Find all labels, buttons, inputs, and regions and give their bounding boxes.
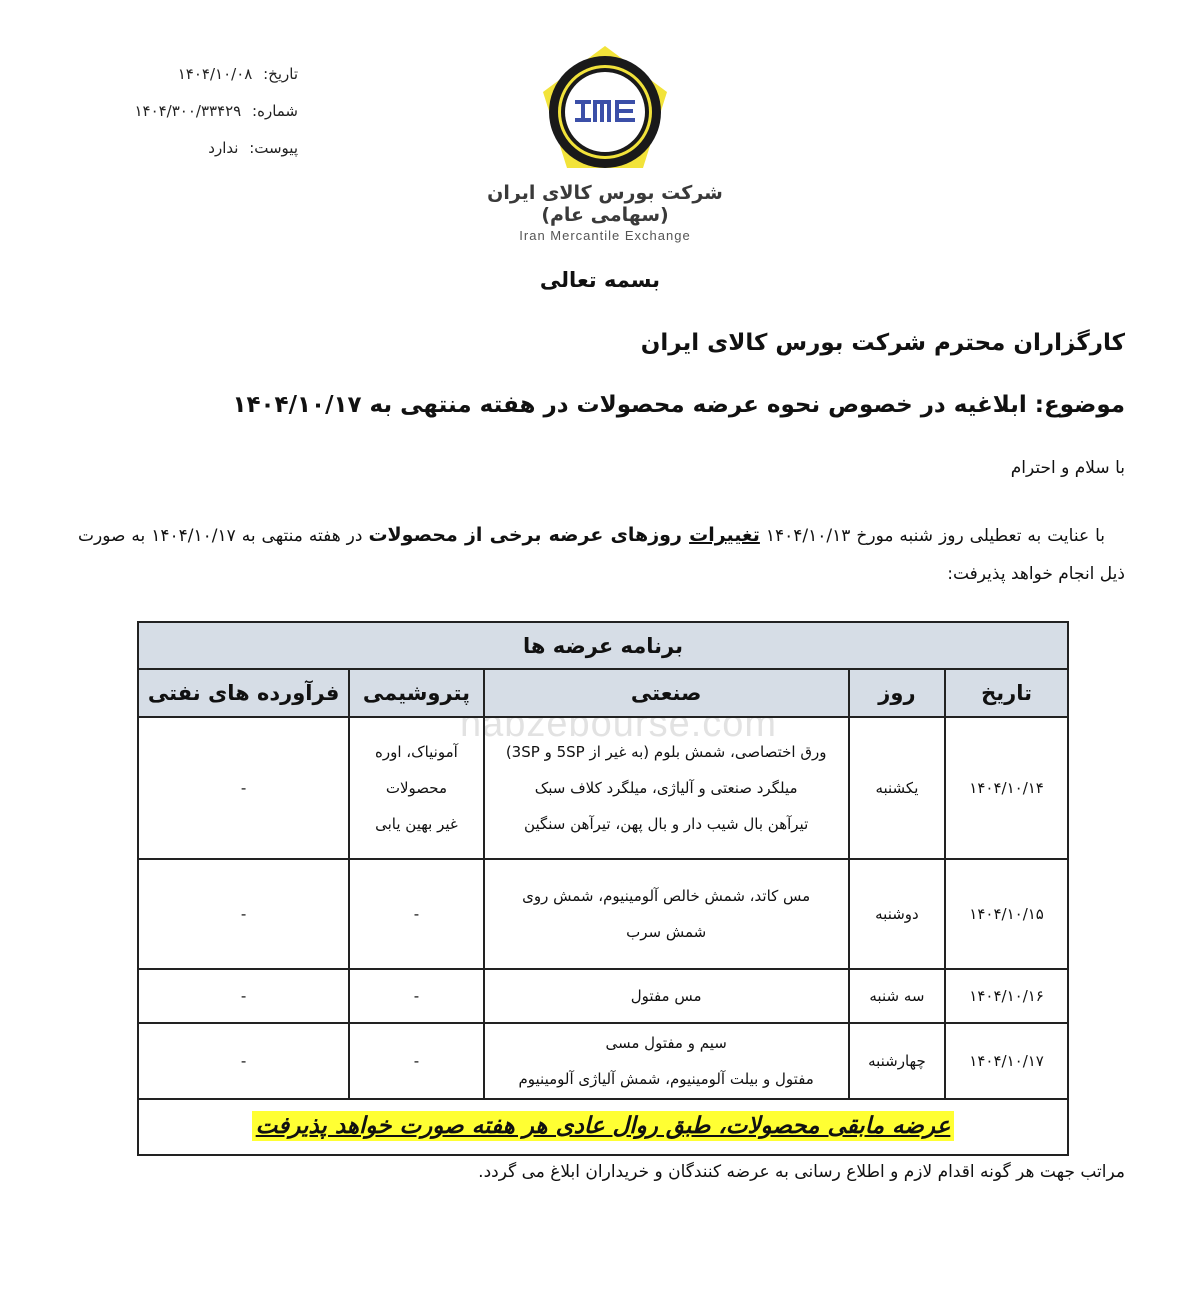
- cell-industrial: ورق اختصاصی، شمش بلوم (به غیر از 5SP و 3…: [484, 717, 849, 859]
- cell-oil-products: -: [138, 717, 349, 859]
- cell-line: غیر بهین یابی: [358, 806, 474, 842]
- cell-day: چهارشنبه: [849, 1023, 945, 1099]
- company-logo: شرکت بورس کالای ایران (سهامی عام) Iran M…: [460, 42, 750, 232]
- header-petrochemical: پتروشیمی: [349, 669, 483, 717]
- table-row: ۱۴۰۴/۱۰/۱۴ یکشنبه ورق اختصاصی، شمش بلوم …: [138, 717, 1068, 859]
- table-footer-cell: عرضه مابقی محصولات، طبق روال عادی هر هفت…: [138, 1099, 1068, 1155]
- cell-industrial: مس کاتد، شمش خالص آلومینیوم، شمش روی شمش…: [484, 859, 849, 969]
- greeting: با سلام و احترام: [1011, 458, 1125, 478]
- meta-attachment-value: ندارد: [208, 139, 238, 157]
- cell-line: ورق اختصاصی، شمش بلوم (به غیر از 5SP و 3…: [493, 734, 840, 770]
- cell-day: دوشنبه: [849, 859, 945, 969]
- cell-oil-products: -: [138, 969, 349, 1023]
- cell-date: ۱۴۰۴/۱۰/۱۵: [945, 859, 1068, 969]
- cell-line: میلگرد صنعتی و آلیاژی، میلگرد کلاف سبک: [493, 770, 840, 806]
- cell-date: ۱۴۰۴/۱۰/۱۶: [945, 969, 1068, 1023]
- meta-attachment-label: پیوست:: [249, 139, 298, 157]
- table-row: ۱۴۰۴/۱۰/۱۶ سه شنبه مس مفتول - -: [138, 969, 1068, 1023]
- company-name-fa: شرکت بورس کالای ایران (سهامی عام): [460, 182, 750, 226]
- cell-oil-products: -: [138, 859, 349, 969]
- table-footer-row: عرضه مابقی محصولات، طبق روال عادی هر هفت…: [138, 1099, 1068, 1155]
- header-date: تاریخ: [945, 669, 1068, 717]
- cell-date: ۱۴۰۴/۱۰/۱۷: [945, 1023, 1068, 1099]
- invocation: بسمه تعالی: [0, 268, 1200, 292]
- body-part1: با عنایت به تعطیلی روز شنبه مورخ ۱۴۰۴/۱۰…: [760, 526, 1105, 546]
- subject-line: موضوع: ابلاغیه در خصوص نحوه عرضه محصولات…: [232, 392, 1125, 418]
- meta-number-value: ۱۴۰۴/۳۰۰/۳۳۴۲۹: [134, 102, 241, 120]
- cell-line: تیرآهن بال شیب دار و بال پهن، تیرآهن سنگ…: [493, 806, 840, 842]
- cell-line: آمونیاک، اوره: [358, 734, 474, 770]
- cell-date: ۱۴۰۴/۱۰/۱۴: [945, 717, 1068, 859]
- closing-line: مراتب جهت هر گونه اقدام لازم و اطلاع رسا…: [478, 1162, 1125, 1182]
- table-row: ۱۴۰۴/۱۰/۱۷ چهارشنبه سیم و مفتول مسی مفتو…: [138, 1023, 1068, 1099]
- cell-petrochemical: آمونیاک، اوره محصولات غیر بهین یابی: [349, 717, 483, 859]
- meta-number: شماره: ۱۴۰۴/۳۰۰/۳۳۴۲۹: [108, 93, 298, 130]
- meta-date-label: تاریخ:: [263, 65, 298, 83]
- table-row: ۱۴۰۴/۱۰/۱۵ دوشنبه مس کاتد، شمش خالص آلوم…: [138, 859, 1068, 969]
- body-paragraph: با عنایت به تعطیلی روز شنبه مورخ ۱۴۰۴/۱۰…: [78, 516, 1125, 593]
- cell-line: سیم و مفتول مسی: [493, 1025, 840, 1061]
- cell-line: محصولات: [358, 770, 474, 806]
- meta-number-label: شماره:: [252, 102, 298, 120]
- cell-line: شمش سرب: [493, 914, 840, 950]
- table-header-row: تاریخ روز صنعتی پتروشیمی فرآورده های نفت…: [138, 669, 1068, 717]
- cell-day: سه شنبه: [849, 969, 945, 1023]
- cell-day: یکشنبه: [849, 717, 945, 859]
- cell-oil-products: -: [138, 1023, 349, 1099]
- ime-emblem-icon: [537, 42, 673, 178]
- cell-industrial: مس مفتول: [484, 969, 849, 1023]
- company-name-en: Iran Mercantile Exchange: [460, 228, 750, 243]
- header-day: روز: [849, 669, 945, 717]
- body-bold: روزهای عرضه برخی از محصولات: [368, 524, 689, 546]
- header-oil-products: فرآورده های نفتی: [138, 669, 349, 717]
- cell-line: مس کاتد، شمش خالص آلومینیوم، شمش روی: [493, 878, 840, 914]
- meta-date: تاریخ: ۱۴۰۴/۱۰/۰۸: [108, 56, 298, 93]
- cell-petrochemical: -: [349, 969, 483, 1023]
- offering-schedule-table: برنامه عرضه ها تاریخ روز صنعتی پتروشیمی …: [137, 621, 1069, 1156]
- table-title-row: برنامه عرضه ها: [138, 622, 1068, 669]
- body-underlined: تغییرات: [689, 524, 760, 546]
- letter-meta: تاریخ: ۱۴۰۴/۱۰/۰۸ شماره: ۱۴۰۴/۳۰۰/۳۳۴۲۹ …: [108, 56, 298, 167]
- cell-line: مفتول و بیلت آلومینیوم، شمش آلیاژی آلومی…: [493, 1061, 840, 1097]
- meta-date-value: ۱۴۰۴/۱۰/۰۸: [178, 65, 253, 83]
- table-title: برنامه عرضه ها: [138, 622, 1068, 669]
- addressee: کارگزاران محترم شرکت بورس کالای ایران: [641, 330, 1125, 356]
- highlighted-note: عرضه مابقی محصولات، طبق روال عادی هر هفت…: [252, 1111, 955, 1141]
- meta-attachment: پیوست: ندارد: [108, 130, 298, 167]
- cell-petrochemical: -: [349, 859, 483, 969]
- cell-petrochemical: -: [349, 1023, 483, 1099]
- cell-industrial: سیم و مفتول مسی مفتول و بیلت آلومینیوم، …: [484, 1023, 849, 1099]
- header-industrial: صنعتی: [484, 669, 849, 717]
